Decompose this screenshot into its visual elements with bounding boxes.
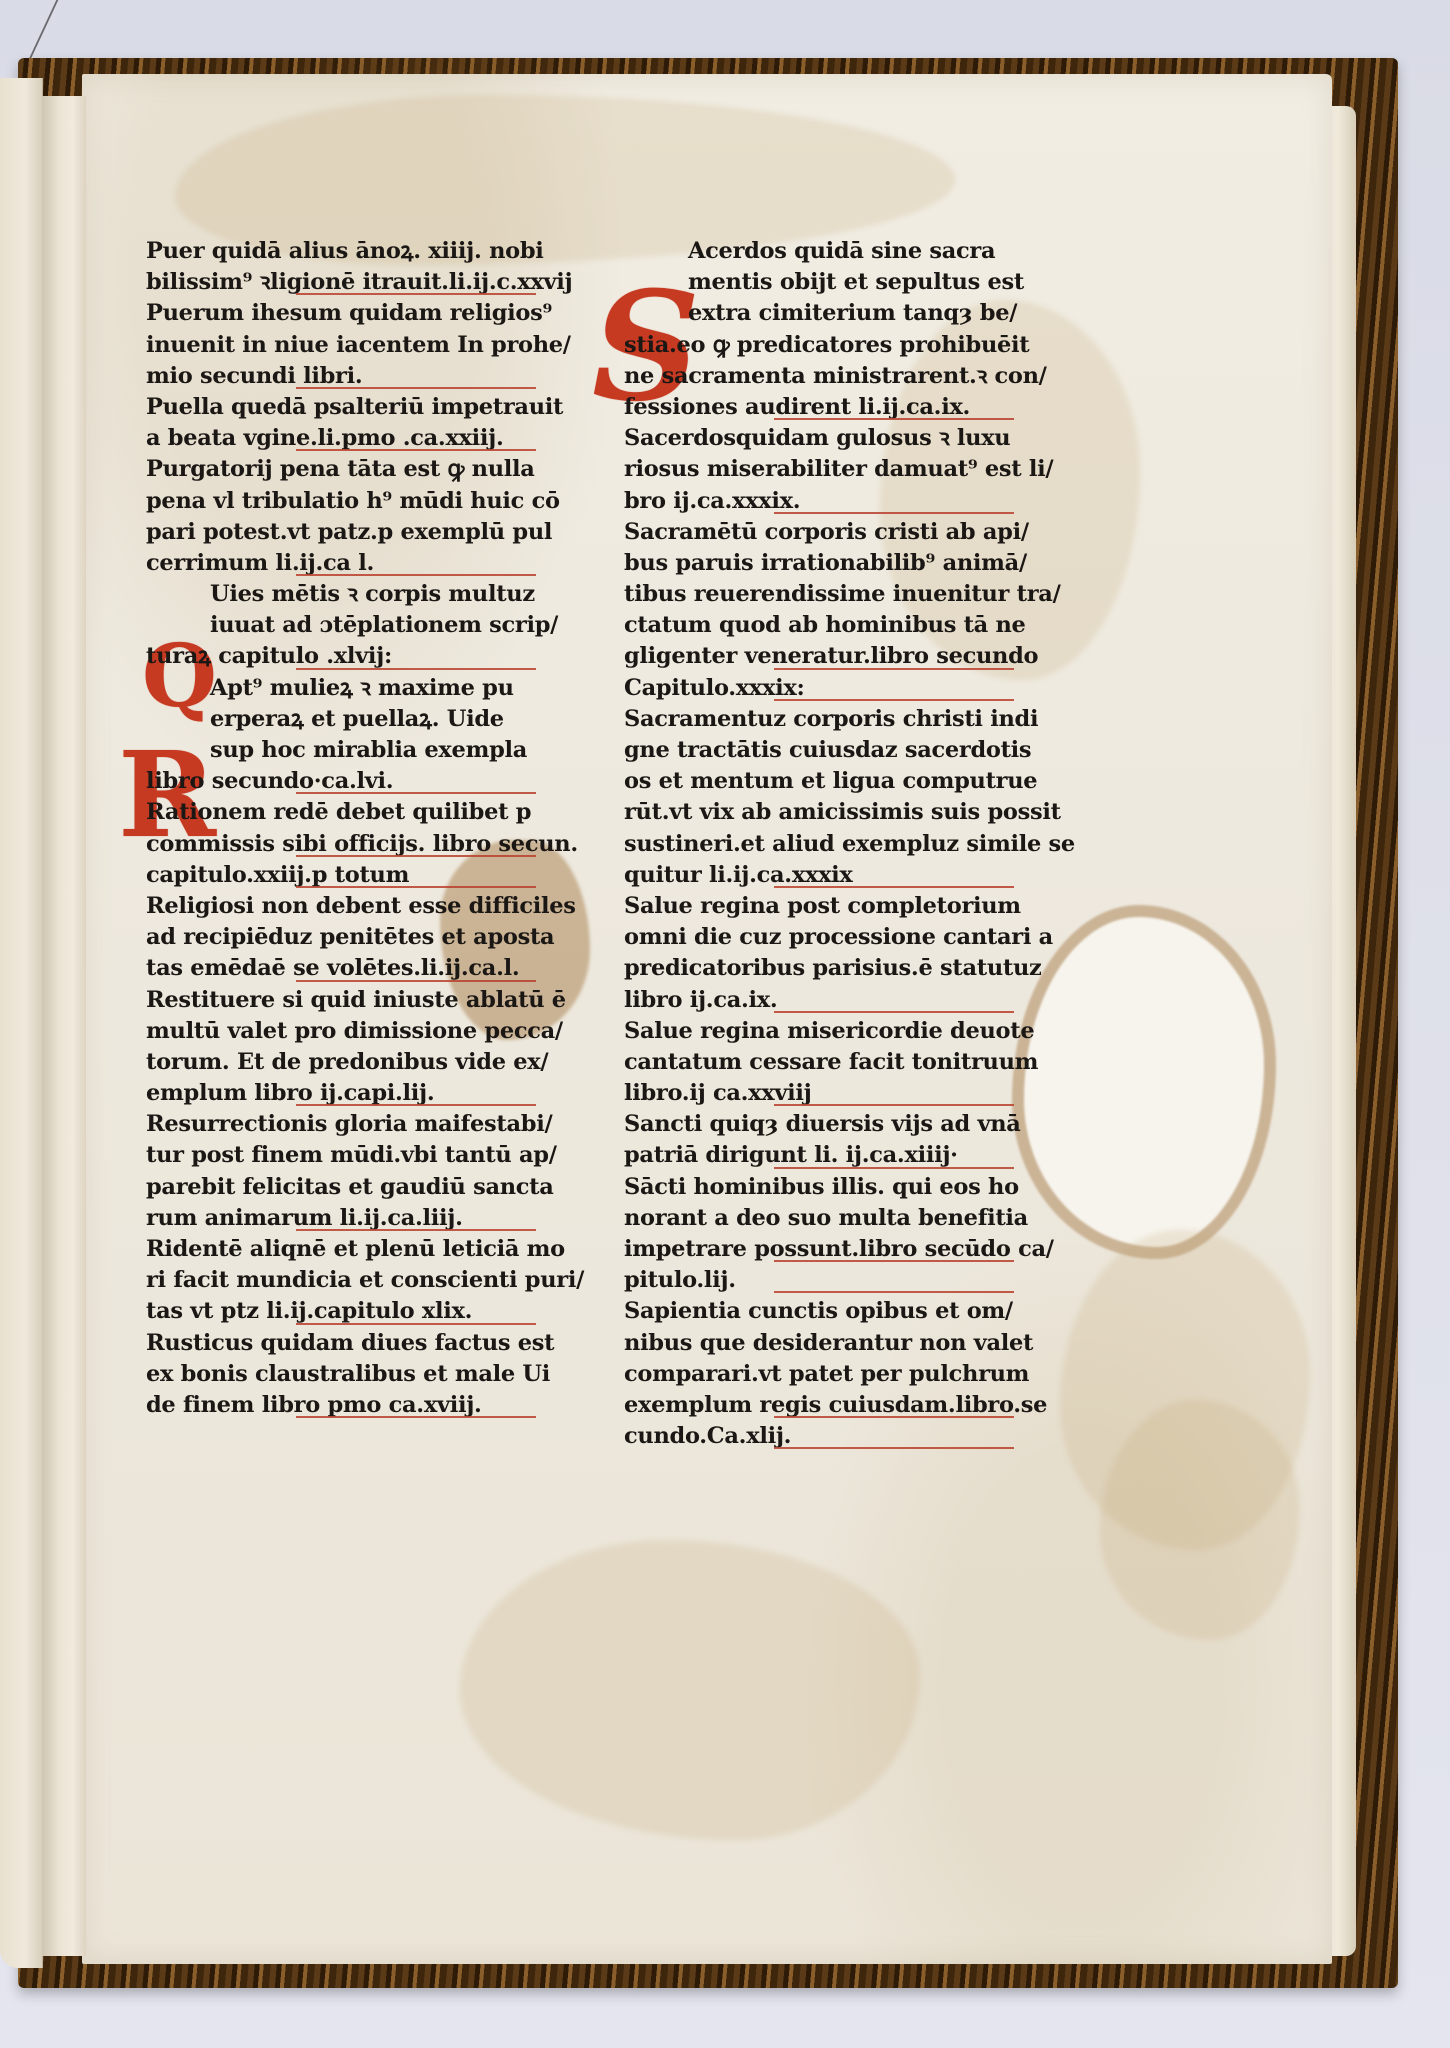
- text-line: os et mentum et ligua computrue: [624, 766, 1044, 797]
- line-text: pena vl tribulatio h⁹ mūdi huic cō: [146, 488, 560, 514]
- line-text: iuuat ad ɔtēplationem scrip/: [210, 612, 558, 638]
- line-text: Purgatorij pena tāta est ꝙ nulla: [146, 456, 535, 482]
- text-line: patriā dirigunt li. ij.ca.xiiij·: [624, 1140, 1044, 1171]
- line-text: bilissim⁹ ꝛligionē itrauit.li.ij.c.xxvij: [146, 269, 572, 295]
- line-text: Sacerdosquidam gulosus ꝛ luxu: [624, 425, 1010, 451]
- page-gutter: [42, 96, 86, 1956]
- line-text: Puer quidā alius ānoꝝ. xiiij. nobi: [146, 238, 544, 264]
- text-line: pitulo.lij.: [624, 1265, 1044, 1296]
- line-text: libro ij.ca.ix.: [624, 987, 777, 1013]
- text-line: quitur li.ij.ca.xxxix: [624, 860, 1044, 891]
- line-text: stia.eo ꝙ predicatores prohibuēit: [624, 332, 1029, 358]
- red-underline: [296, 1229, 536, 1231]
- text-line: Purgatorij pena tāta est ꝙ nulla: [146, 454, 566, 485]
- text-line: Ridentē aliqnē et plenū leticiā mo: [146, 1234, 566, 1265]
- line-text: erperaꝝ et puellaꝝ. Uide: [210, 706, 504, 732]
- line-text: capitulo.xxiij.p totum: [146, 862, 409, 888]
- water-stain: [1100, 1400, 1300, 1640]
- line-text: Sācti hominibus illis. qui eos ho: [624, 1174, 1019, 1200]
- line-text: mentis obijt et sepultus est: [688, 269, 1024, 295]
- line-text: predicatoribus parisius.ē statutuz: [624, 955, 1042, 981]
- text-line: Sācti hominibus illis. qui eos ho: [624, 1172, 1044, 1203]
- text-line: gne tractātis cuiusdaz sacerdotis: [624, 735, 1044, 766]
- text-line: cerrimum li.ij.ca l.: [146, 548, 566, 579]
- text-line: sustineri.et aliud exempluz simile se: [624, 829, 1044, 860]
- line-text: gligenter veneratur.libro secundo: [624, 643, 1038, 669]
- line-text: turaꝝ capitulo .xlvij:: [146, 643, 392, 669]
- text-line: de finem libro pmo ca.xviij.: [146, 1390, 566, 1421]
- line-text: ad recipiēduz penitētes et aposta: [146, 924, 554, 950]
- text-line: multū valet pro dimissione pecca/: [146, 1016, 566, 1047]
- text-line: Capitulo.xxxix:: [624, 673, 1044, 704]
- text-line: predicatoribus parisius.ē statutuz: [624, 953, 1044, 984]
- text-line: cundo.Ca.xlij.: [624, 1421, 1044, 1452]
- text-line: gligenter veneratur.libro secundo: [624, 641, 1044, 672]
- red-underline: [774, 1416, 1014, 1418]
- text-line: comparari.vt patet per pulchrum: [624, 1359, 1044, 1390]
- red-underline: [296, 1323, 536, 1325]
- line-text: sustineri.et aliud exempluz simile se: [624, 831, 1075, 857]
- line-text: ne sacramenta ministrarent.ꝛ con/: [624, 363, 1047, 389]
- line-text: torum. Et de predonibus vide ex/: [146, 1049, 548, 1075]
- text-line: Restituere si quid iniuste ablatū ē: [146, 985, 566, 1016]
- line-text: libro secundo·ca.lvi.: [146, 768, 393, 794]
- text-line: commissis sibi officijs. libro secun.: [146, 829, 566, 860]
- line-text: Salue regina misericordie deuote: [624, 1018, 1034, 1044]
- text-line: Rusticus quidam diues factus est: [146, 1328, 566, 1359]
- text-line: ne sacramenta ministrarent.ꝛ con/: [624, 361, 1044, 392]
- line-text: Salue regina post completorium: [624, 893, 1021, 919]
- line-text: norant a deo suo multa benefitia: [624, 1205, 1028, 1231]
- line-text: pitulo.lij.: [624, 1267, 736, 1293]
- text-line: sup hoc mirablia exempla: [146, 735, 566, 766]
- text-line: Salue regina post completorium: [624, 891, 1044, 922]
- red-underline: [774, 512, 1014, 514]
- line-text: sup hoc mirablia exempla: [210, 737, 527, 763]
- water-stain-ring: [1012, 905, 1276, 1259]
- line-text: impetrare possunt.libro secūdo ca/: [624, 1236, 1054, 1262]
- text-line: Apt⁹ mulieꝝ ꝛ maxime pu: [146, 673, 566, 704]
- line-text: fessiones audirent li.ij.ca.ix.: [624, 394, 970, 420]
- red-underline: [774, 699, 1014, 701]
- line-text: mio secundi libri.: [146, 363, 362, 389]
- red-underline: [296, 293, 536, 295]
- text-line: Sancti quiqȝ diuersis vijs ad vnā: [624, 1109, 1044, 1140]
- line-text: Sacramentuz corporis christi indi: [624, 706, 1038, 732]
- text-line: extra cimiterium tanqȝ be/: [624, 298, 1044, 329]
- line-text: libro.ij ca.xxviij: [624, 1080, 812, 1106]
- line-text: a beata vgine.li.pmo .ca.xxiij.: [146, 425, 504, 451]
- line-text: rūt.vt vix ab amicissimis suis possit: [624, 799, 1061, 825]
- line-text: tas vt ptz li.ij.capitulo xlix.: [146, 1298, 472, 1324]
- line-text: inuenit in niue iacentem In prohe/: [146, 332, 571, 358]
- line-text: Resurrectionis gloria maifestabi/: [146, 1111, 552, 1137]
- text-line: parebit felicitas et gaudiū sancta: [146, 1172, 566, 1203]
- line-text: emplum libro ij.capi.lij.: [146, 1080, 434, 1106]
- text-line: Religiosi non debent esse difficiles: [146, 891, 566, 922]
- line-text: pari potest.vt patz.p exemplū pul: [146, 519, 552, 545]
- line-text: Puella quedā psalteriū impetrauit: [146, 394, 563, 420]
- line-text: Acerdos quidā sine sacra: [688, 238, 995, 264]
- red-underline: [296, 855, 536, 857]
- line-text: riosus miserabiliter damuat⁹ est li/: [624, 456, 1053, 482]
- line-text: patriā dirigunt li. ij.ca.xiiij·: [624, 1142, 958, 1168]
- line-text: os et mentum et ligua computrue: [624, 768, 1037, 794]
- line-text: quitur li.ij.ca.xxxix: [624, 862, 853, 888]
- text-line: libro.ij ca.xxviij: [624, 1078, 1044, 1109]
- line-text: cantatum cessare facit tonitruum: [624, 1049, 1038, 1075]
- text-line: a beata vgine.li.pmo .ca.xxiij.: [146, 423, 566, 454]
- text-line: rum animarum li.ij.ca.liij.: [146, 1203, 566, 1234]
- text-line: tur post finem mūdi.vbi tantū ap/: [146, 1140, 566, 1171]
- line-text: Capitulo.xxxix:: [624, 675, 805, 701]
- red-underline: [774, 1260, 1014, 1262]
- text-line: tas vt ptz li.ij.capitulo xlix.: [146, 1296, 566, 1327]
- text-line: ri facit mundicia et conscienti puri/: [146, 1265, 566, 1296]
- left-text-column: Puer quidā alius ānoꝝ. xiiij. nobibiliss…: [146, 236, 566, 1421]
- red-underline: [774, 1291, 1014, 1293]
- text-line: Uies mētis ꝛ corpis multuz: [146, 579, 566, 610]
- text-line: exemplum regis cuiusdam.libro.se: [624, 1390, 1044, 1421]
- line-text: ctatum quod ab hominibus tā ne: [624, 612, 1026, 638]
- line-text: de finem libro pmo ca.xviij.: [146, 1392, 482, 1418]
- line-text: ri facit mundicia et conscienti puri/: [146, 1267, 584, 1293]
- text-line: ctatum quod ab hominibus tā ne: [624, 610, 1044, 641]
- red-underline: [774, 418, 1014, 420]
- line-text: omni die cuz processione cantari a: [624, 924, 1053, 950]
- text-line: Salue regina misericordie deuote: [624, 1016, 1044, 1047]
- text-line: cantatum cessare facit tonitruum: [624, 1047, 1044, 1078]
- line-text: exemplum regis cuiusdam.libro.se: [624, 1392, 1047, 1418]
- red-underline: [774, 668, 1014, 670]
- text-line: mentis obijt et sepultus est: [624, 267, 1044, 298]
- red-underline: [774, 886, 1014, 888]
- text-line: stia.eo ꝙ predicatores prohibuēit: [624, 330, 1044, 361]
- text-line: bus paruis irrationabilib⁹ animā/: [624, 548, 1044, 579]
- text-line: riosus miserabiliter damuat⁹ est li/: [624, 454, 1044, 485]
- line-text: cundo.Ca.xlij.: [624, 1423, 791, 1449]
- text-line: pena vl tribulatio h⁹ mūdi huic cō: [146, 486, 566, 517]
- red-underline: [774, 1011, 1014, 1013]
- line-text: bro ij.ca.xxxix.: [624, 488, 800, 514]
- text-line: Resurrectionis gloria maifestabi/: [146, 1109, 566, 1140]
- red-underline: [296, 668, 536, 670]
- line-text: nibus que desiderantur non valet: [624, 1330, 1033, 1356]
- right-text-column: Acerdos quidā sine sacramentis obijt et …: [624, 236, 1044, 1452]
- red-underline: [296, 980, 536, 982]
- line-text: Uies mētis ꝛ corpis multuz: [210, 581, 535, 607]
- line-text: Ridentē aliqnē et plenū leticiā mo: [146, 1236, 565, 1262]
- red-underline: [774, 1167, 1014, 1169]
- red-underline: [774, 1104, 1014, 1106]
- text-line: bilissim⁹ ꝛligionē itrauit.li.ij.c.xxvij: [146, 267, 566, 298]
- red-underline: [774, 1447, 1014, 1449]
- red-underline: [296, 886, 536, 888]
- line-text: Religiosi non debent esse difficiles: [146, 893, 576, 919]
- text-line: torum. Et de predonibus vide ex/: [146, 1047, 566, 1078]
- line-text: gne tractātis cuiusdaz sacerdotis: [624, 737, 1031, 763]
- line-text: extra cimiterium tanqȝ be/: [688, 300, 1017, 326]
- text-line: Acerdos quidā sine sacra: [624, 236, 1044, 267]
- text-line: Sapientia cunctis opibus et om/: [624, 1296, 1044, 1327]
- facing-page-edge: [0, 78, 43, 1968]
- text-line: ad recipiēduz penitētes et aposta: [146, 922, 566, 953]
- line-text: ex bonis claustralibus et male Ui: [146, 1361, 550, 1387]
- line-text: Puerum ihesum quidam religios⁹: [146, 300, 552, 326]
- line-text: Apt⁹ mulieꝝ ꝛ maxime pu: [210, 675, 514, 701]
- line-text: Sacramētū corporis cristi ab api/: [624, 519, 1029, 545]
- line-text: parebit felicitas et gaudiū sancta: [146, 1174, 554, 1200]
- text-line: Rationem redē debet quilibet p: [146, 797, 566, 828]
- text-line: nibus que desiderantur non valet: [624, 1328, 1044, 1359]
- line-text: bus paruis irrationabilib⁹ animā/: [624, 550, 1027, 576]
- text-line: Sacerdosquidam gulosus ꝛ luxu: [624, 423, 1044, 454]
- line-text: tibus reuerendissime inuenitur tra/: [624, 581, 1061, 607]
- red-underline: [296, 449, 536, 451]
- text-line: emplum libro ij.capi.lij.: [146, 1078, 566, 1109]
- text-line: Puer quidā alius ānoꝝ. xiiij. nobi: [146, 236, 566, 267]
- line-text: rum animarum li.ij.ca.liij.: [146, 1205, 463, 1231]
- text-line: libro secundo·ca.lvi.: [146, 766, 566, 797]
- red-underline: [296, 387, 536, 389]
- line-text: multū valet pro dimissione pecca/: [146, 1018, 563, 1044]
- text-line: erperaꝝ et puellaꝝ. Uide: [146, 704, 566, 735]
- text-line: Puella quedā psalteriū impetrauit: [146, 392, 566, 423]
- text-line: impetrare possunt.libro secūdo ca/: [624, 1234, 1044, 1265]
- line-text: Restituere si quid iniuste ablatū ē: [146, 987, 566, 1013]
- text-line: omni die cuz processione cantari a: [624, 922, 1044, 953]
- red-underline: [296, 574, 536, 576]
- text-line: norant a deo suo multa benefitia: [624, 1203, 1044, 1234]
- text-line: fessiones audirent li.ij.ca.ix.: [624, 392, 1044, 423]
- text-line: turaꝝ capitulo .xlvij:: [146, 641, 566, 672]
- text-line: inuenit in niue iacentem In prohe/: [146, 330, 566, 361]
- red-underline: [296, 792, 536, 794]
- line-text: commissis sibi officijs. libro secun.: [146, 831, 578, 857]
- line-text: cerrimum li.ij.ca l.: [146, 550, 374, 576]
- red-underline: [296, 1104, 536, 1106]
- line-text: comparari.vt patet per pulchrum: [624, 1361, 1029, 1387]
- text-line: capitulo.xxiij.p totum: [146, 860, 566, 891]
- line-text: Sancti quiqȝ diuersis vijs ad vnā: [624, 1111, 1021, 1137]
- text-line: mio secundi libri.: [146, 361, 566, 392]
- text-line: iuuat ad ɔtēplationem scrip/: [146, 610, 566, 641]
- text-line: Sacramentuz corporis christi indi: [624, 704, 1044, 735]
- text-line: Puerum ihesum quidam religios⁹: [146, 298, 566, 329]
- line-text: Sapientia cunctis opibus et om/: [624, 1298, 1013, 1324]
- line-text: tas emēdaē se volētes.li.ij.ca.l.: [146, 955, 519, 981]
- red-underline: [296, 1416, 536, 1418]
- text-line: pari potest.vt patz.p exemplū pul: [146, 517, 566, 548]
- text-line: rūt.vt vix ab amicissimis suis possit: [624, 797, 1044, 828]
- text-line: tas emēdaē se volētes.li.ij.ca.l.: [146, 953, 566, 984]
- text-line: bro ij.ca.xxxix.: [624, 486, 1044, 517]
- text-line: ex bonis claustralibus et male Ui: [146, 1359, 566, 1390]
- line-text: Rationem redē debet quilibet p: [146, 799, 531, 825]
- line-text: tur post finem mūdi.vbi tantū ap/: [146, 1142, 557, 1168]
- line-text: Rusticus quidam diues factus est: [146, 1330, 554, 1356]
- text-line: libro ij.ca.ix.: [624, 985, 1044, 1016]
- text-line: tibus reuerendissime inuenitur tra/: [624, 579, 1044, 610]
- text-line: Sacramētū corporis cristi ab api/: [624, 517, 1044, 548]
